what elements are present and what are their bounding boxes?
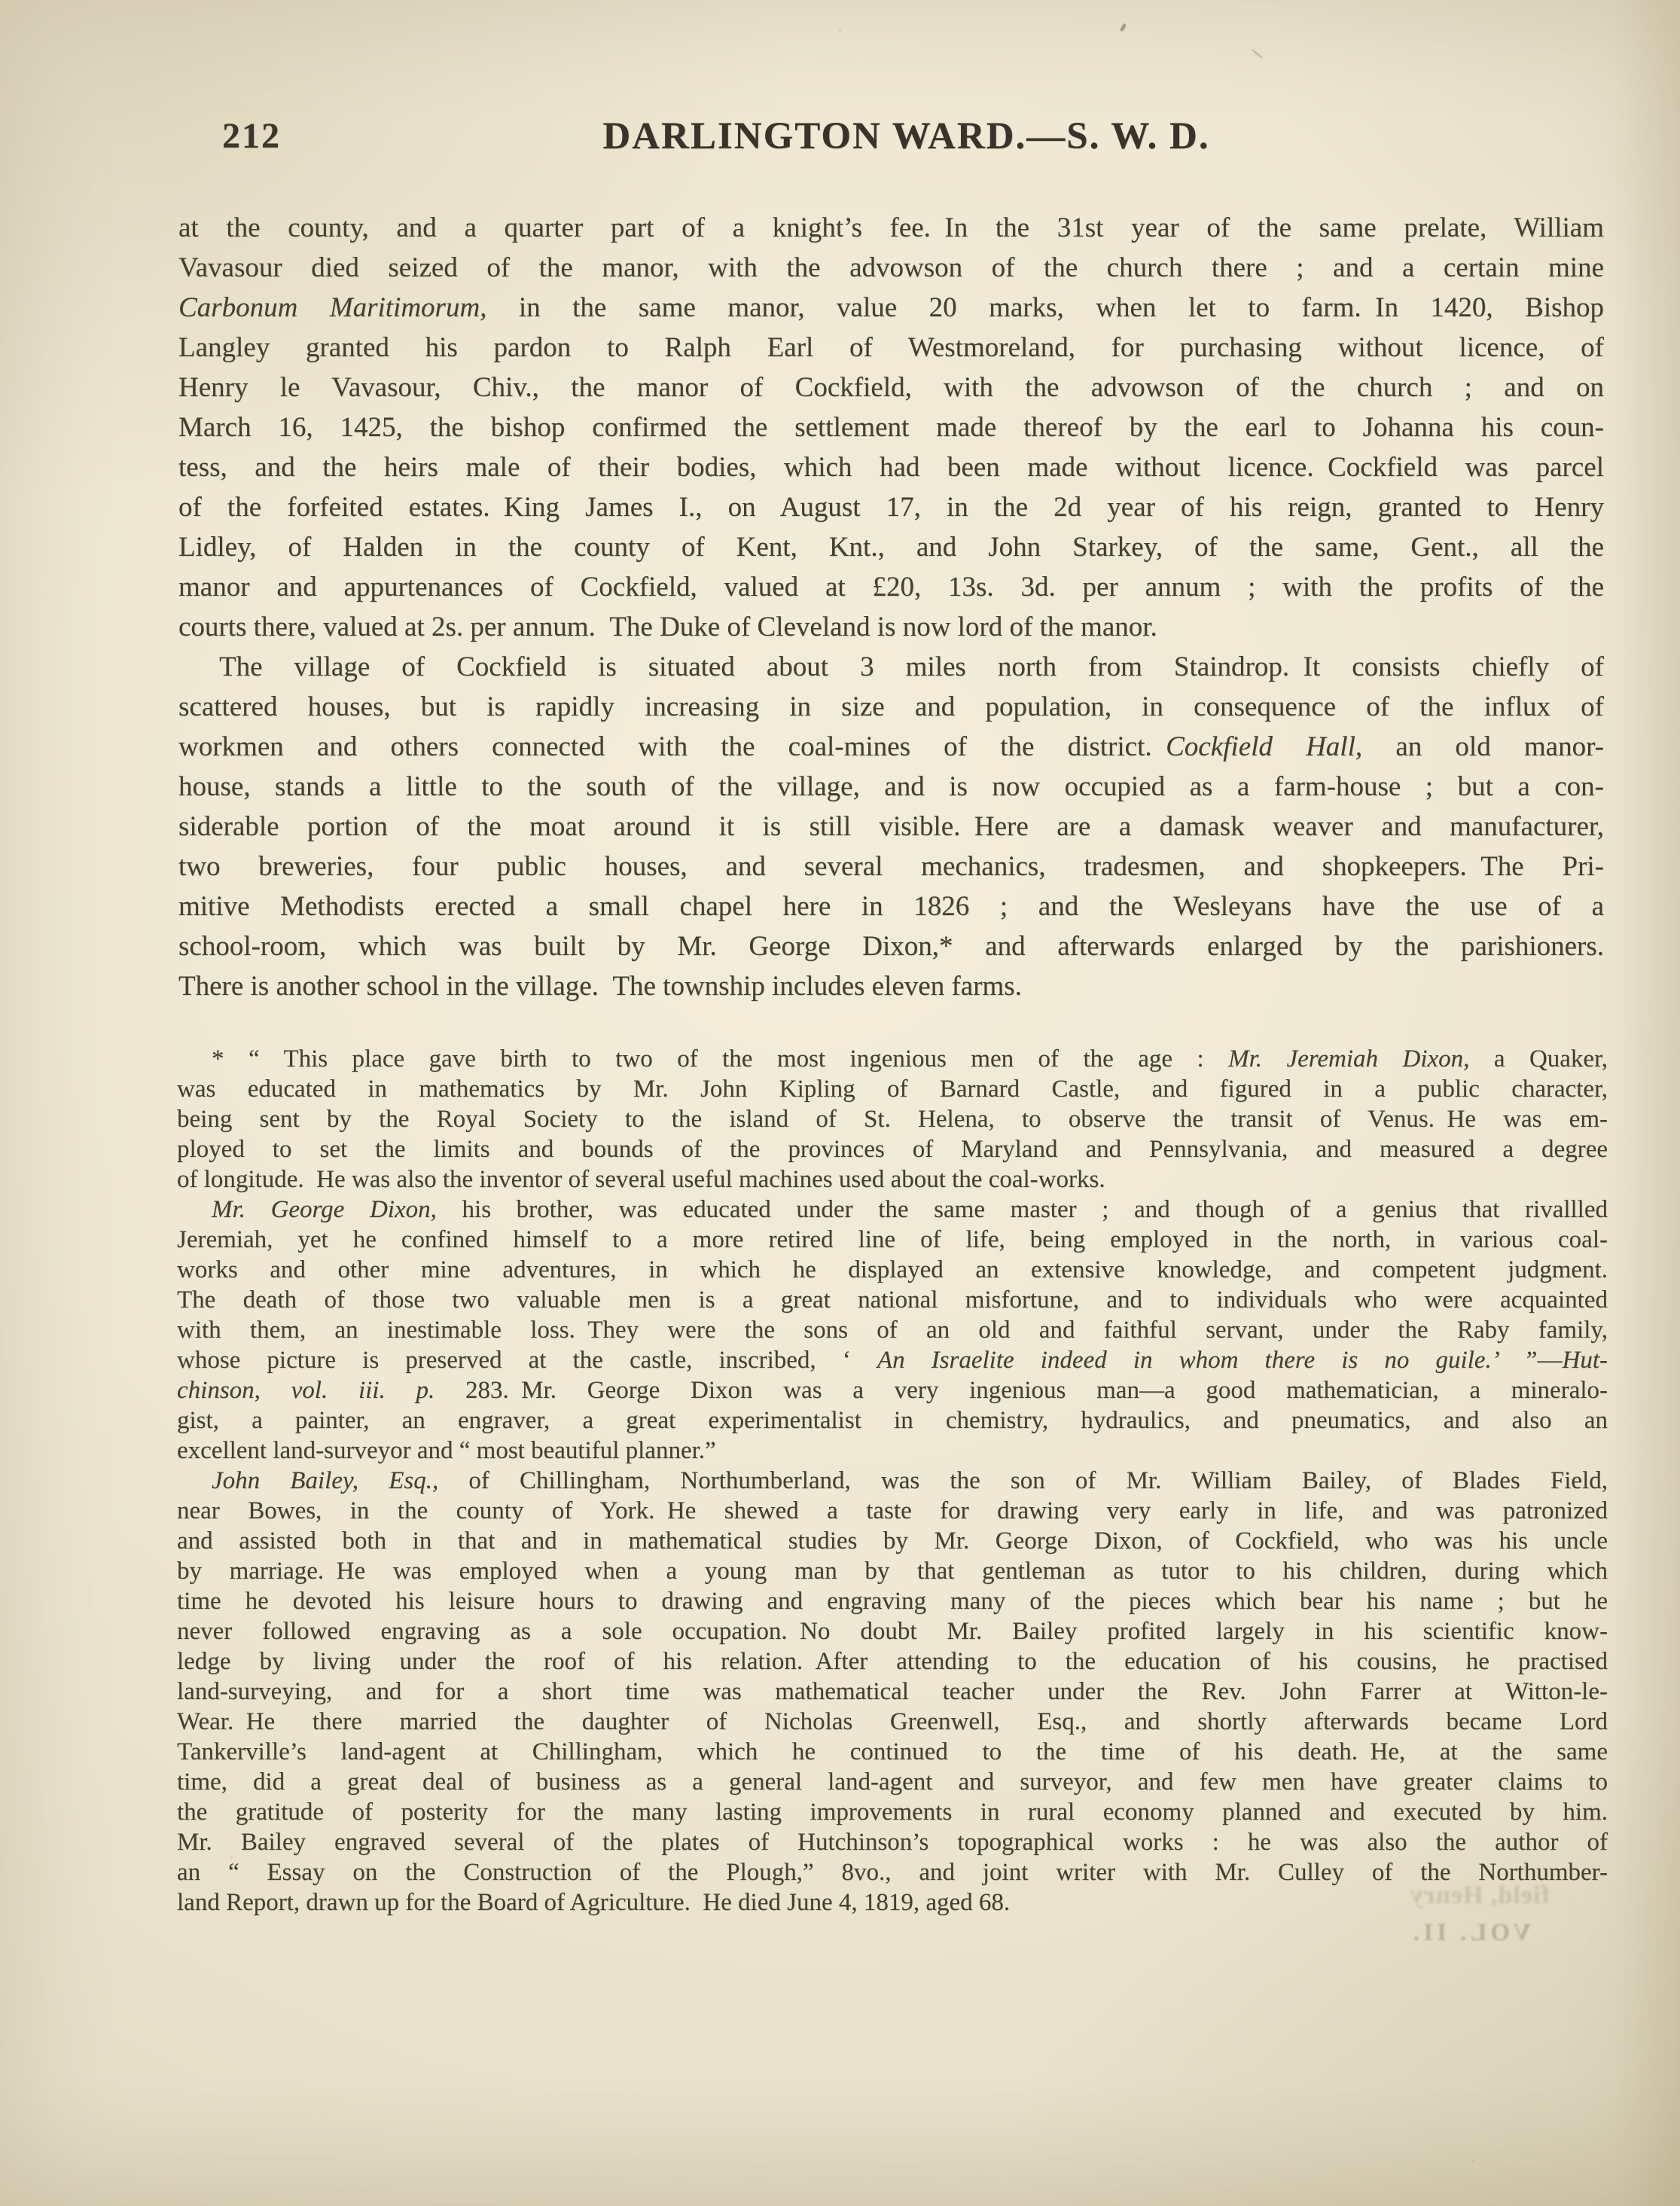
- text-line: and assisted both in that and in mathema…: [177, 1526, 1608, 1556]
- paragraph: The village of Cockfield is situated abo…: [178, 647, 1604, 1006]
- text-line: time he devoted his leisure hours to dra…: [177, 1586, 1608, 1616]
- text-line: at the county, and a quarter part of a k…: [178, 208, 1604, 248]
- text-line: being sent by the Royal Society to the i…: [177, 1104, 1608, 1134]
- paragraph: John Bailey, Esq., of Chillingham, North…: [177, 1466, 1608, 1918]
- text-run: gist, a painter, an engraver, a great ex…: [177, 1407, 1608, 1434]
- text-run: Henry le Vavasour, Chiv., the manor of C…: [178, 372, 1604, 403]
- text-run: ledge by living under the roof of his re…: [177, 1648, 1608, 1675]
- text-line: The death of those two valuable men is a…: [177, 1285, 1608, 1315]
- text-line: works and other mine adventures, in whic…: [177, 1255, 1608, 1285]
- text-run: works and other mine adventures, in whic…: [177, 1256, 1608, 1283]
- text-line: ployed to set the limits and bounds of t…: [177, 1134, 1608, 1164]
- text-run: of Chillingham, Northumberland, was the …: [438, 1467, 1608, 1494]
- text-run: time he devoted his leisure hours to dra…: [177, 1588, 1608, 1615]
- text-line: gist, a painter, an engraver, a great ex…: [177, 1405, 1608, 1436]
- text-line: Tankerville’s land-agent at Chillingham,…: [177, 1737, 1608, 1767]
- text-run: an old manor-: [1362, 731, 1604, 762]
- text-line: by marriage. He was employed when a youn…: [177, 1556, 1608, 1586]
- running-title: DARLINGTON WARD.—S. W. D.: [178, 111, 1604, 161]
- text-line: school-room, which was built by Mr. Geor…: [178, 926, 1604, 966]
- text-line: land Report, drawn up for the Board of A…: [177, 1887, 1608, 1918]
- text-run: mitive Methodists erected a small chapel…: [178, 891, 1604, 922]
- text-run: There is another school in the village. …: [178, 971, 1022, 1002]
- text-run: ployed to set the limits and bounds of t…: [177, 1136, 1608, 1163]
- text-run: of the forfeited estates. King James I.,…: [178, 492, 1604, 523]
- text-line: land-surveying, and for a short time was…: [177, 1677, 1608, 1707]
- text-line: Lidley, of Halden in the county of Kent,…: [178, 527, 1604, 567]
- text-line: time, did a great deal of business as a …: [177, 1767, 1608, 1797]
- text-line: mitive Methodists erected a small chapel…: [178, 886, 1604, 926]
- text-line: manor and appurtenances of Cockfield, va…: [178, 567, 1604, 607]
- paragraph: at the county, and a quarter part of a k…: [178, 208, 1604, 647]
- text-line: whose picture is preserved at the castle…: [177, 1345, 1608, 1375]
- text-line: March 16, 1425, the bishop confirmed the…: [178, 407, 1604, 447]
- text-run: courts there, valued at 2s. per annum. T…: [178, 612, 1157, 642]
- text-run: siderable portion of the moat around it …: [178, 811, 1604, 842]
- text-line: There is another school in the village. …: [178, 966, 1604, 1006]
- italic-text-run: Mr. George Dixon,: [212, 1196, 437, 1223]
- italic-text-run: Cockfield Hall,: [1166, 731, 1362, 762]
- text-run: and assisted both in that and in mathema…: [177, 1527, 1608, 1555]
- footnote: * “ This place gave birth to two of the …: [177, 1044, 1608, 1918]
- paragraph: Mr. George Dixon, his brother, was educa…: [177, 1195, 1608, 1466]
- text-line: Mr. Bailey engraved several of the plate…: [177, 1827, 1608, 1857]
- text-line: the gratitude of posterity for the many …: [177, 1797, 1608, 1827]
- text-line: of the forfeited estates. King James I.,…: [178, 487, 1604, 527]
- text-line: was educated in mathematics by Mr. John …: [177, 1074, 1608, 1104]
- text-line: Vavasour died seized of the manor, with …: [178, 248, 1604, 288]
- text-line: never followed engraving as a sole occup…: [177, 1616, 1608, 1646]
- text-line: near Bowes, in the county of York. He sh…: [177, 1496, 1608, 1526]
- text-line: The village of Cockfield is situated abo…: [178, 647, 1604, 687]
- text-run: was educated in mathematics by Mr. John …: [177, 1076, 1608, 1103]
- text-run: never followed engraving as a sole occup…: [177, 1618, 1608, 1645]
- text-line: Mr. George Dixon, his brother, was educa…: [177, 1195, 1608, 1225]
- text-run: an “ Essay on the Construction of the Pl…: [177, 1859, 1608, 1886]
- text-run: land Report, drawn up for the Board of A…: [177, 1889, 1010, 1916]
- paper-speck: [1120, 23, 1127, 32]
- text-run: his brother, was educated under the same…: [437, 1196, 1608, 1223]
- italic-text-run: John Bailey, Esq.,: [212, 1467, 438, 1494]
- paper-speck: [839, 29, 841, 31]
- text-run: near Bowes, in the county of York. He sh…: [177, 1497, 1608, 1524]
- text-run: The village of Cockfield is situated abo…: [219, 651, 1604, 682]
- text-line: with them, an inestimable loss. They wer…: [177, 1315, 1608, 1345]
- text-line: workmen and others connected with the co…: [178, 727, 1604, 767]
- text-line: Jeremiah, yet he confined himself to a m…: [177, 1225, 1608, 1255]
- paragraph: * “ This place gave birth to two of the …: [177, 1044, 1608, 1195]
- text-run: the gratitude of posterity for the many …: [177, 1799, 1608, 1826]
- text-run: The death of those two valuable men is a…: [177, 1286, 1608, 1314]
- italic-text-run: Mr. Jeremiah Dixon,: [1228, 1045, 1469, 1072]
- italic-text-run: Hut-: [1563, 1347, 1608, 1374]
- text-line: Wear. He there married the daughter of N…: [177, 1707, 1608, 1737]
- text-line: ledge by living under the roof of his re…: [177, 1646, 1608, 1677]
- text-line: two breweries, four public houses, and s…: [178, 847, 1604, 886]
- text-run: in the same manor, value 20 marks, when …: [486, 292, 1604, 323]
- text-line: courts there, valued at 2s. per annum. T…: [178, 607, 1604, 647]
- text-run: excellent land-surveyor and “ most beaut…: [177, 1437, 716, 1464]
- text-run: land-surveying, and for a short time was…: [177, 1678, 1608, 1705]
- text-line: Henry le Vavasour, Chiv., the manor of C…: [178, 368, 1604, 407]
- text-run: 283. Mr. George Dixon was a very ingenio…: [434, 1377, 1608, 1404]
- page-number: 212: [222, 111, 281, 161]
- text-line: tess, and the heirs male of their bodies…: [178, 447, 1604, 487]
- text-run: time, did a great deal of business as a …: [177, 1768, 1608, 1796]
- paper-speck: [1472, 2160, 1475, 2163]
- text-line: Carbonum Maritimorum, in the same manor,…: [178, 288, 1604, 328]
- text-line: scattered houses, but is rapidly increas…: [178, 687, 1604, 727]
- text-run: whose picture is preserved at the castle…: [177, 1347, 877, 1374]
- text-run: Lidley, of Halden in the county of Kent,…: [178, 532, 1604, 563]
- main-text: at the county, and a quarter part of a k…: [178, 208, 1604, 1006]
- book-page: 212 DARLINGTON WARD.—S. W. D. at the cou…: [0, 0, 1680, 2206]
- italic-text-run: Carbonum Maritimorum,: [178, 292, 486, 323]
- text-run: Mr. Bailey engraved several of the plate…: [177, 1829, 1608, 1856]
- text-run: Vavasour died seized of the manor, with …: [178, 252, 1604, 283]
- text-line: Langley granted his pardon to Ralph Earl…: [178, 328, 1604, 368]
- text-run: workmen and others connected with the co…: [178, 731, 1166, 762]
- text-run: scattered houses, but is rapidly increas…: [178, 691, 1604, 722]
- text-run: with them, an inestimable loss. They wer…: [177, 1317, 1608, 1344]
- italic-text-run: An Israelite indeed in whom there is no …: [877, 1347, 1538, 1374]
- text-run: a Quaker,: [1469, 1045, 1608, 1072]
- running-header: 212 DARLINGTON WARD.—S. W. D.: [178, 111, 1604, 161]
- bleedthrough-volume-label: VOL. II.: [1410, 1919, 1531, 1947]
- text-run: school-room, which was built by Mr. Geor…: [178, 931, 1604, 962]
- text-run: manor and appurtenances of Cockfield, va…: [178, 572, 1604, 603]
- text-line: house, stands a little to the south of t…: [178, 767, 1604, 807]
- text-run: Wear. He there married the daughter of N…: [177, 1708, 1608, 1735]
- text-run: Jeremiah, yet he confined himself to a m…: [177, 1226, 1608, 1253]
- text-run: at the county, and a quarter part of a k…: [178, 212, 1604, 243]
- text-line: of longitude. He was also the inventor o…: [177, 1164, 1608, 1195]
- text-line: chinson, vol. iii. p. 283. Mr. George Di…: [177, 1375, 1608, 1405]
- text-run: Langley granted his pardon to Ralph Earl…: [178, 332, 1604, 363]
- text-run: * “ This place gave birth to two of the …: [212, 1045, 1228, 1072]
- text-line: an “ Essay on the Construction of the Pl…: [177, 1857, 1608, 1887]
- text-run: of longitude. He was also the inventor o…: [177, 1166, 1105, 1193]
- text-line: siderable portion of the moat around it …: [178, 807, 1604, 847]
- text-run: being sent by the Royal Society to the i…: [177, 1106, 1608, 1133]
- text-run: March 16, 1425, the bishop confirmed the…: [178, 412, 1604, 443]
- text-line: excellent land-surveyor and “ most beaut…: [177, 1436, 1608, 1466]
- text-run: —: [1538, 1347, 1563, 1374]
- paper-scratch: [1251, 48, 1263, 59]
- text-line: John Bailey, Esq., of Chillingham, North…: [177, 1466, 1608, 1496]
- text-run: Tankerville’s land-agent at Chillingham,…: [177, 1738, 1608, 1765]
- text-run: house, stands a little to the south of t…: [178, 771, 1604, 802]
- text-line: * “ This place gave birth to two of the …: [177, 1044, 1608, 1074]
- italic-text-run: chinson, vol. iii. p.: [177, 1377, 434, 1404]
- text-run: two breweries, four public houses, and s…: [178, 851, 1604, 882]
- text-run: by marriage. He was employed when a youn…: [177, 1558, 1608, 1585]
- text-run: tess, and the heirs male of their bodies…: [178, 452, 1604, 483]
